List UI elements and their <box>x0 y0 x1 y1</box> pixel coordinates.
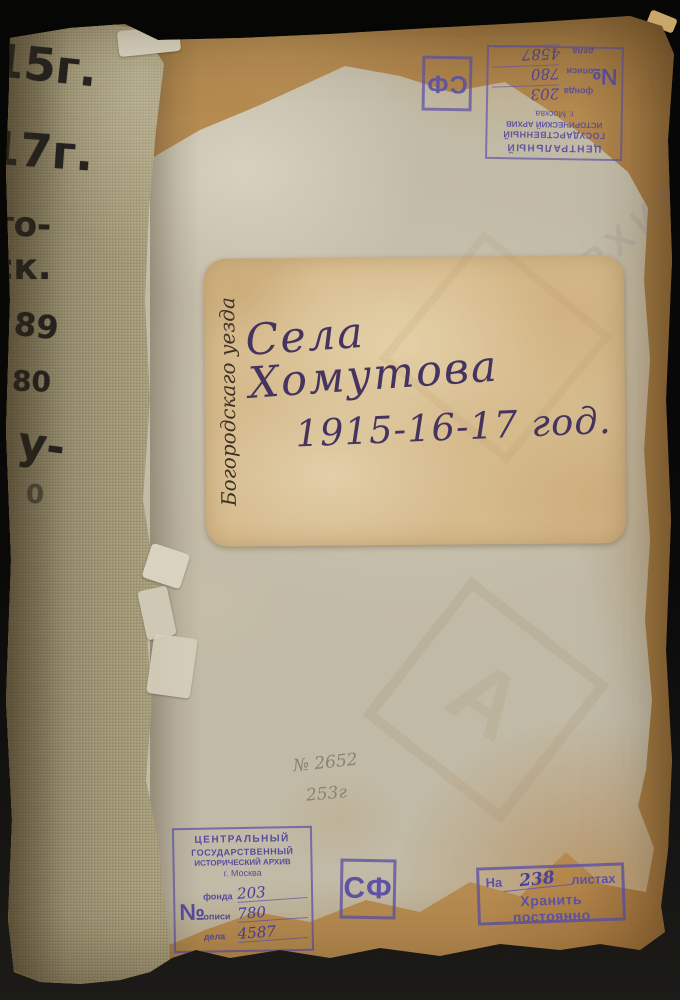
spine-text-fragment: 15г. <box>0 37 100 94</box>
village-title: Села Хомутова <box>244 294 627 406</box>
spine-text-fragment: 0 <box>26 482 44 508</box>
number-sign: № <box>593 63 617 90</box>
number-sign: № <box>179 899 203 926</box>
sheets-prefix: На <box>485 875 502 891</box>
spine-text-fragment: у- <box>15 421 68 471</box>
spine-text-fragment: 80 <box>12 367 52 396</box>
sf-stamp-bottom: СФ <box>339 859 396 920</box>
fond-label: фонда <box>559 86 593 97</box>
book-cover: 15г. 17г. то- ск. 89 80 у- 0 А АРХИВ Бог… <box>0 0 680 1000</box>
archive-stamp-city: г. Москва <box>179 867 307 881</box>
spine-text-fragment: ск. <box>0 250 51 286</box>
spine-text-fragment: то- <box>0 207 52 243</box>
sheets-count-stamp: На 238 листах Хранить постоянно <box>476 862 626 925</box>
opis-label: описи <box>559 66 593 77</box>
opis-number: 780 <box>492 64 560 82</box>
spine-text-fragment: 89 <box>12 308 60 344</box>
sf-stamp-top-inverted: СФ <box>422 56 473 112</box>
delo-number: 4587 <box>493 44 561 62</box>
archive-stamp-bottom: ЦЕНТРАЛЬНЫЙ ГОСУДАРСТВЕННЫЙ ИСТОРИЧЕСКИЙ… <box>172 826 314 953</box>
store-permanently-line: Хранить постоянно <box>486 890 617 927</box>
faint-stamp-letter: А <box>429 638 543 762</box>
fond-number: 203 <box>492 84 560 102</box>
spine-text-fragment: 17г. <box>0 124 95 177</box>
district-vertical-text: Богородскаго уезда <box>217 261 247 541</box>
sheets-count-number: 238 <box>501 869 571 892</box>
torn-paper-flap <box>146 633 198 699</box>
delo-label: дела <box>204 932 238 943</box>
years-line: 1915-16-17 год. <box>295 402 613 453</box>
title-label: Богородскаго уезда Села Хомутова 1915-16… <box>204 255 626 547</box>
archive-stamp-line1: ЦЕНТРАЛЬНЫЙ <box>491 139 616 154</box>
photo-background: 15г. 17г. то- ск. 89 80 у- 0 А АРХИВ Бог… <box>0 0 680 1000</box>
pencil-note-year: 253г <box>305 784 347 805</box>
opis-label: описи <box>203 912 237 923</box>
delo-number: 4587 <box>237 923 308 944</box>
delo-label: дела <box>560 46 594 57</box>
archive-stamp-top-inverted: ЦЕНТРАЛЬНЫЙ ГОСУДАРСТВЕННЫЙ ИСТОРИЧЕСКИЙ… <box>485 45 624 161</box>
sheets-suffix: листах <box>571 871 616 888</box>
fond-label: фонда <box>203 892 237 903</box>
